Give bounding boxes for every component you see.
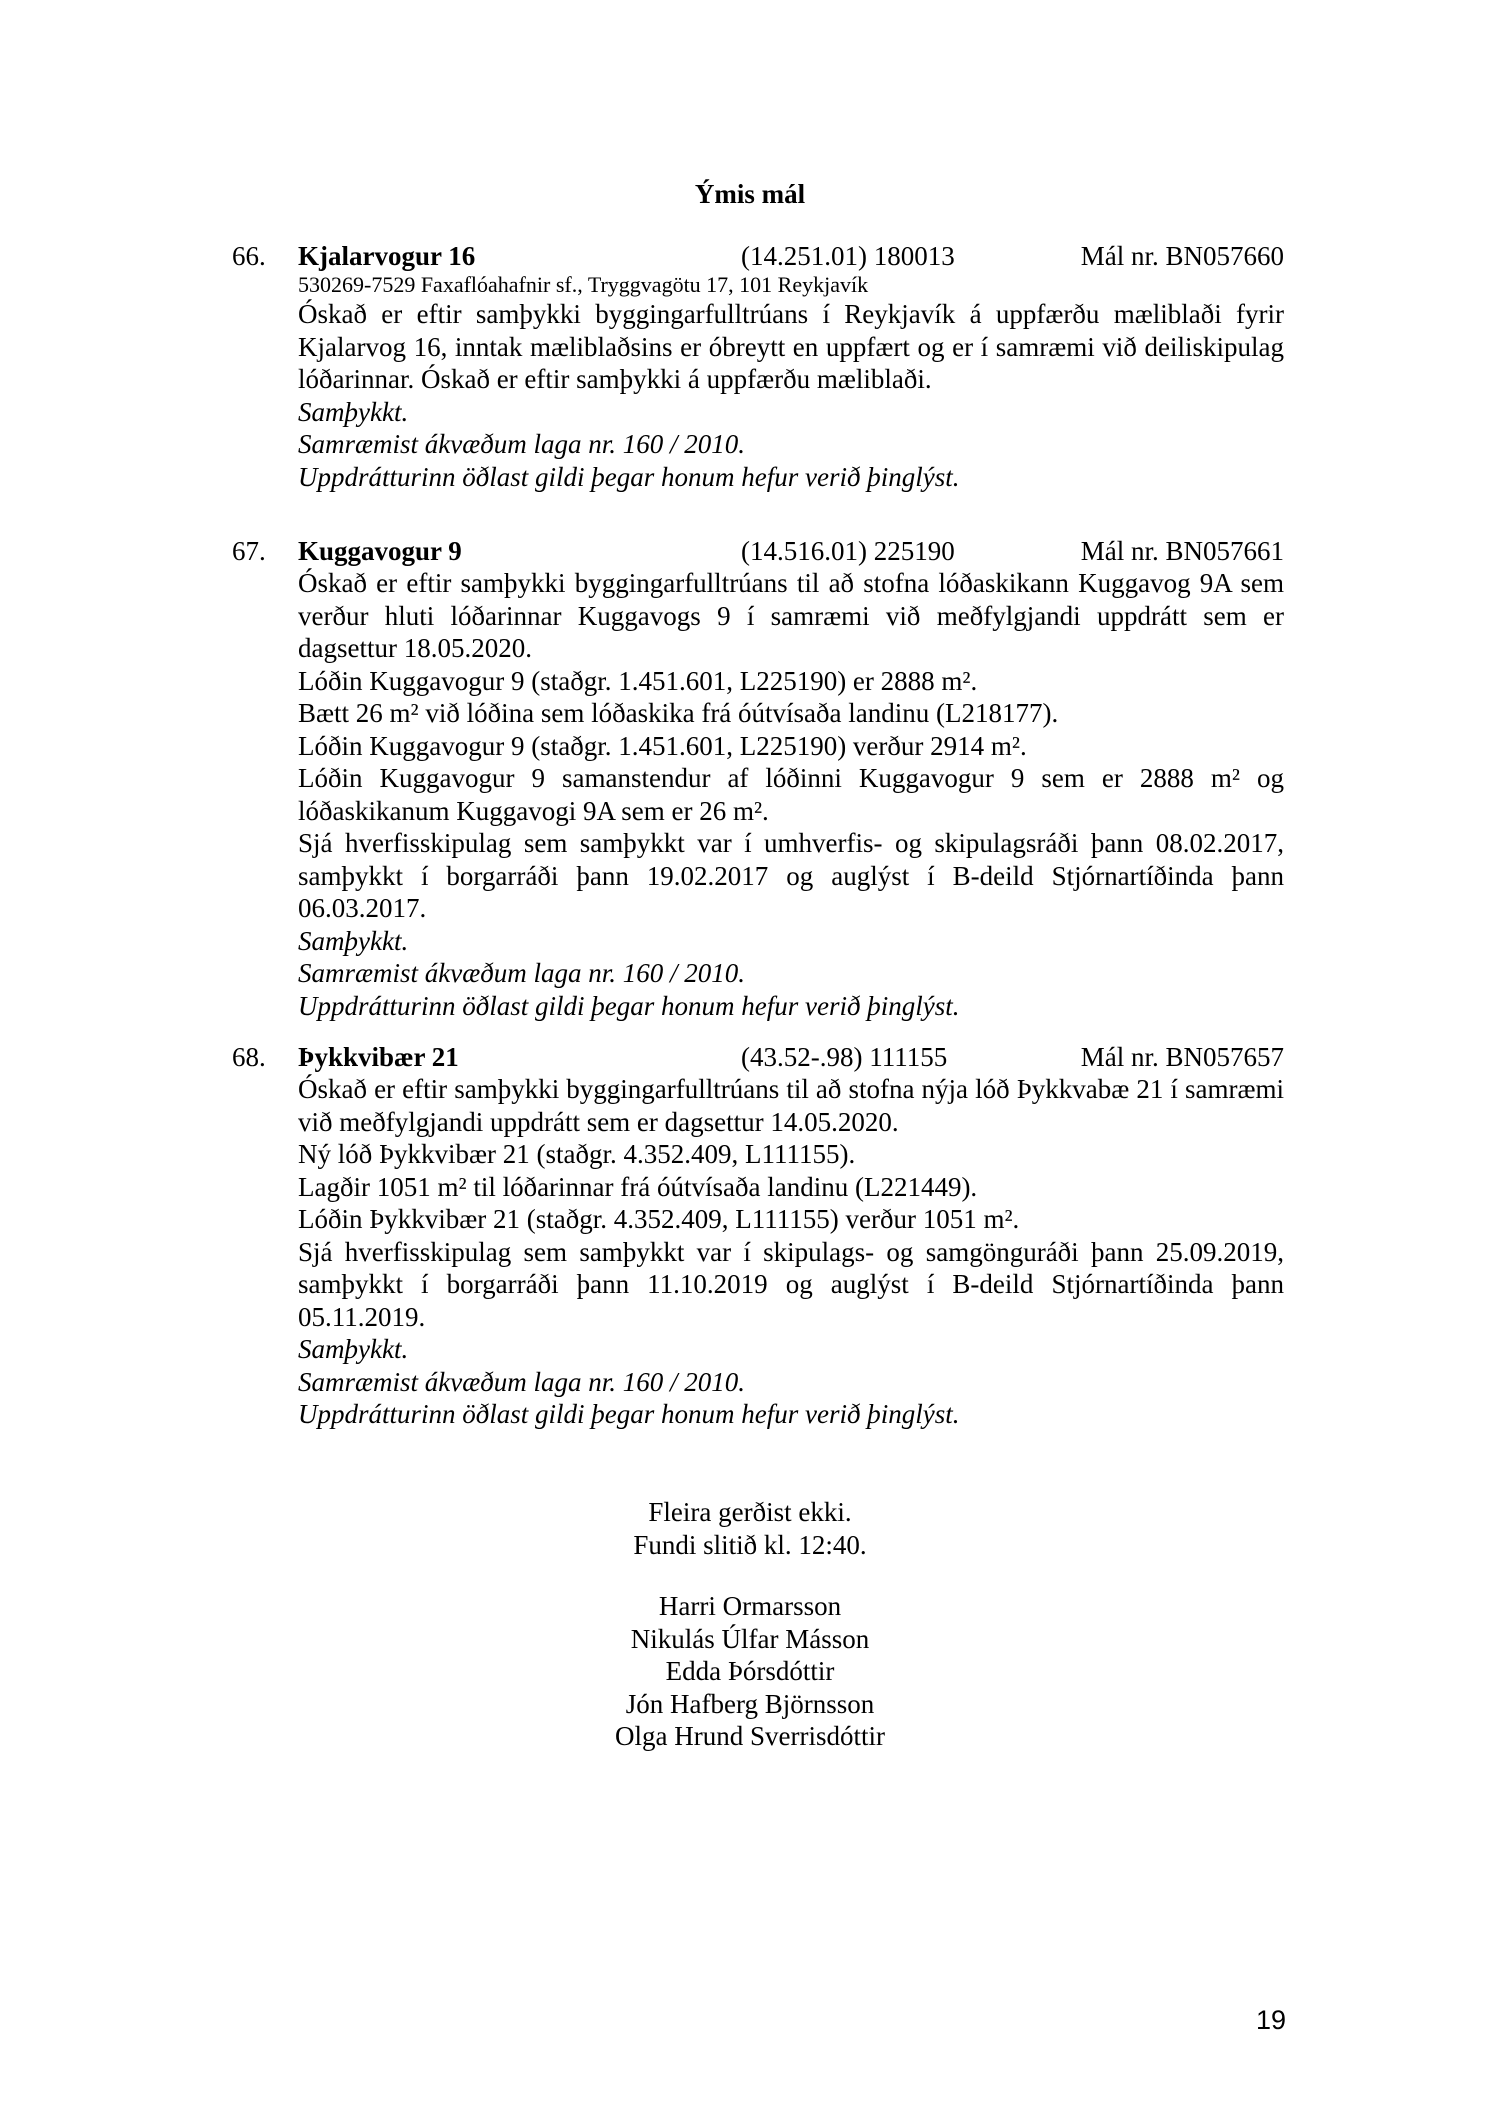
case-address: Kuggavogur 9 [298, 535, 462, 567]
case-applicant: 530269-7529 Faxaflóahafnir sf., Tryggvag… [298, 272, 1284, 298]
case-registration-note: Uppdrátturinn öðlast gildi þegar honum h… [298, 1398, 1284, 1431]
closing-note: Fleira gerðist ekki. Fundi slitið kl. 12… [0, 1496, 1500, 1561]
case-file-number: Mál nr. BN057660 [1081, 240, 1284, 272]
case-paragraph: Lóðin Kuggavogur 9 (staðgr. 1.451.601, L… [298, 665, 1284, 698]
case-land-number: (14.251.01) 180013 [741, 240, 955, 272]
section-title: Ýmis mál [0, 178, 1500, 210]
signature-list: Harri Ormarsson Nikulás Úlfar Másson Edd… [0, 1590, 1500, 1753]
case-paragraph: Lóðin Kuggavogur 9 samanstendur af lóðin… [298, 762, 1284, 827]
case-paragraph: Óskað er eftir samþykki byggingarfulltrú… [298, 1073, 1284, 1138]
signature-name: Nikulás Úlfar Másson [0, 1623, 1500, 1656]
case-decision: Samþykkt. [298, 396, 1284, 429]
case-law-note: Samræmist ákvæðum laga nr. 160 / 2010. [298, 428, 1284, 461]
case-header: 67. Kuggavogur 9 (14.516.01) 225190 Mál … [232, 535, 1284, 567]
case-paragraph: Sjá hverfisskipulag sem samþykkt var í s… [298, 1236, 1284, 1334]
case-body: 530269-7529 Faxaflóahafnir sf., Tryggvag… [298, 272, 1284, 493]
case-item: 66. Kjalarvogur 16 (14.251.01) 180013 Má… [232, 240, 1284, 493]
case-land-number: (14.516.01) 225190 [741, 535, 955, 567]
case-registration-note: Uppdrátturinn öðlast gildi þegar honum h… [298, 461, 1284, 494]
signature-name: Harri Ormarsson [0, 1590, 1500, 1623]
case-address: Þykkvibær 21 [298, 1041, 459, 1073]
case-body: Óskað er eftir samþykki byggingarfulltrú… [298, 1073, 1284, 1431]
case-decision: Samþykkt. [298, 925, 1284, 958]
case-item: 68. Þykkvibær 21 (43.52-.98) 111155 Mál … [232, 1041, 1284, 1431]
case-number: 68. [232, 1041, 266, 1073]
case-registration-note: Uppdrátturinn öðlast gildi þegar honum h… [298, 990, 1284, 1023]
case-paragraph: Óskað er eftir samþykki byggingarfulltrú… [298, 298, 1284, 396]
case-paragraph: Óskað er eftir samþykki byggingarfulltrú… [298, 567, 1284, 665]
signature-name: Jón Hafberg Björnsson [0, 1688, 1500, 1721]
case-header: 68. Þykkvibær 21 (43.52-.98) 111155 Mál … [232, 1041, 1284, 1073]
case-file-number: Mál nr. BN057657 [1081, 1041, 1284, 1073]
case-land-number: (43.52-.98) 111155 [741, 1041, 947, 1073]
case-paragraph: Lóðin Þykkvibær 21 (staðgr. 4.352.409, L… [298, 1203, 1284, 1236]
case-paragraph: Bætt 26 m² við lóðina sem lóðaskika frá … [298, 697, 1284, 730]
case-decision: Samþykkt. [298, 1333, 1284, 1366]
case-law-note: Samræmist ákvæðum laga nr. 160 / 2010. [298, 957, 1284, 990]
case-address: Kjalarvogur 16 [298, 240, 475, 272]
case-item: 67. Kuggavogur 9 (14.516.01) 225190 Mál … [232, 535, 1284, 1022]
case-law-note: Samræmist ákvæðum laga nr. 160 / 2010. [298, 1366, 1284, 1399]
case-file-number: Mál nr. BN057661 [1081, 535, 1284, 567]
meeting-end-time: Fundi slitið kl. 12:40. [0, 1529, 1500, 1562]
case-body: Óskað er eftir samþykki byggingarfulltrú… [298, 567, 1284, 1022]
case-paragraph: Lagðir 1051 m² til lóðarinnar frá óútvís… [298, 1171, 1284, 1204]
case-number: 66. [232, 240, 266, 272]
signature-name: Olga Hrund Sverrisdóttir [0, 1720, 1500, 1753]
closing-line: Fleira gerðist ekki. [0, 1496, 1500, 1529]
case-number: 67. [232, 535, 266, 567]
page-number: 19 [1230, 2005, 1286, 2036]
case-paragraph: Ný lóð Þykkvibær 21 (staðgr. 4.352.409, … [298, 1138, 1284, 1171]
case-paragraph: Lóðin Kuggavogur 9 (staðgr. 1.451.601, L… [298, 730, 1284, 763]
case-paragraph: Sjá hverfisskipulag sem samþykkt var í u… [298, 827, 1284, 925]
signature-name: Edda Þórsdóttir [0, 1655, 1500, 1688]
case-header: 66. Kjalarvogur 16 (14.251.01) 180013 Má… [232, 240, 1284, 272]
